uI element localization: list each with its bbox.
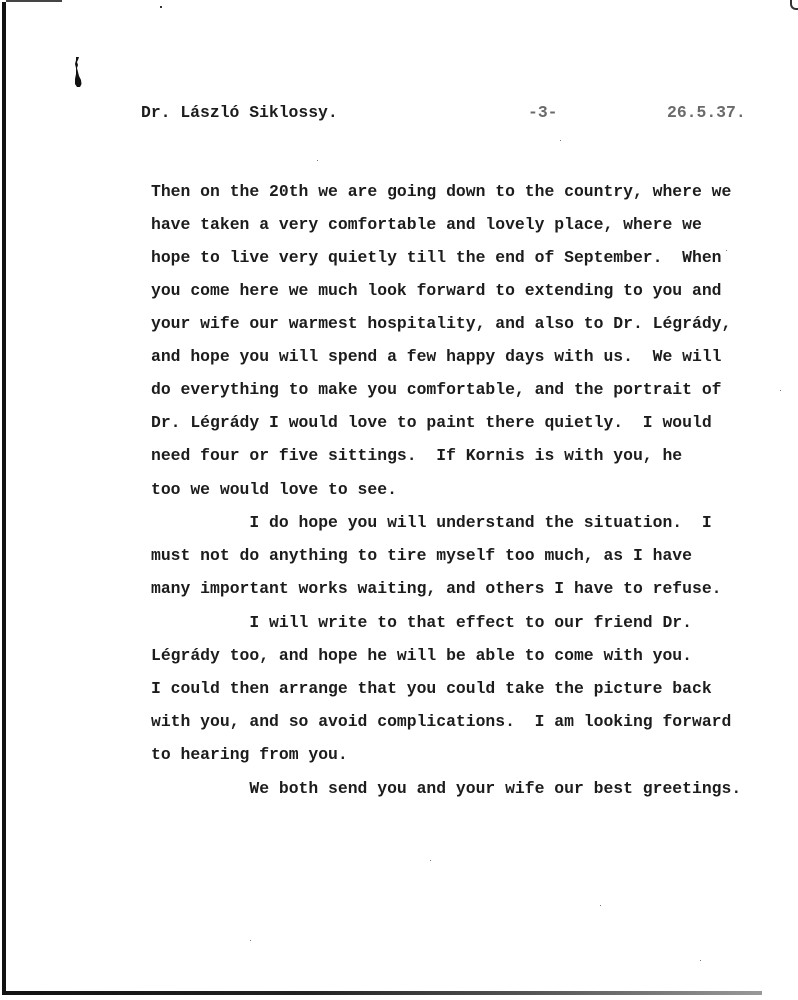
body-line: We both send you and your wife our best …: [151, 779, 741, 799]
scan-speck: [250, 940, 251, 941]
body-line: too we would love to see.: [151, 480, 397, 500]
scan-speck: [317, 160, 318, 161]
body-line: must not do anything to tire myself too …: [151, 546, 692, 566]
scan-speck: [726, 250, 727, 251]
scan-speck: [430, 860, 431, 861]
body-line: have taken a very comfortable and lovely…: [151, 215, 702, 235]
scan-speck: [780, 390, 781, 391]
ink-blot-mark: [73, 56, 82, 88]
body-line: you come here we much look forward to ex…: [151, 281, 722, 301]
body-line: your wife our warmest hospitality, and a…: [151, 314, 731, 334]
scan-left-border: [2, 2, 6, 992]
body-line: I do hope you will understand the situat…: [151, 513, 712, 533]
letter-page: Dr. László Siklossy. -3- 26.5.37. Then o…: [0, 0, 798, 1000]
body-line: need four or five sittings. If Kornis is…: [151, 446, 682, 466]
body-line: with you, and so avoid complications. I …: [151, 712, 731, 732]
scan-speck: [160, 6, 162, 8]
body-line: and hope you will spend a few happy days…: [151, 347, 722, 367]
page-number: -3-: [528, 103, 558, 123]
scan-speck: [600, 905, 601, 906]
body-line: do everything to make you comfortable, a…: [151, 380, 722, 400]
body-line: Légrády too, and hope he will be able to…: [151, 646, 692, 666]
body-line: to hearing from you.: [151, 745, 348, 765]
body-line: Dr. Légrády I would love to paint there …: [151, 413, 712, 433]
body-line: I will write to that effect to our frien…: [151, 613, 692, 633]
body-line: I could then arrange that you could take…: [151, 679, 712, 699]
body-line: hope to live very quietly till the end o…: [151, 248, 722, 268]
addressee-name: Dr. László Siklossy.: [141, 103, 338, 123]
scan-speck: [560, 140, 561, 141]
body-line: many important works waiting, and others…: [151, 579, 722, 599]
scan-bottom-border: [2, 991, 762, 995]
letter-date: 26.5.37.: [667, 103, 746, 123]
scan-speck: [700, 960, 701, 961]
corner-scan-mark: [790, 0, 798, 10]
body-line: Then on the 20th we are going down to th…: [151, 182, 731, 202]
scan-top-edge: [6, 0, 62, 2]
